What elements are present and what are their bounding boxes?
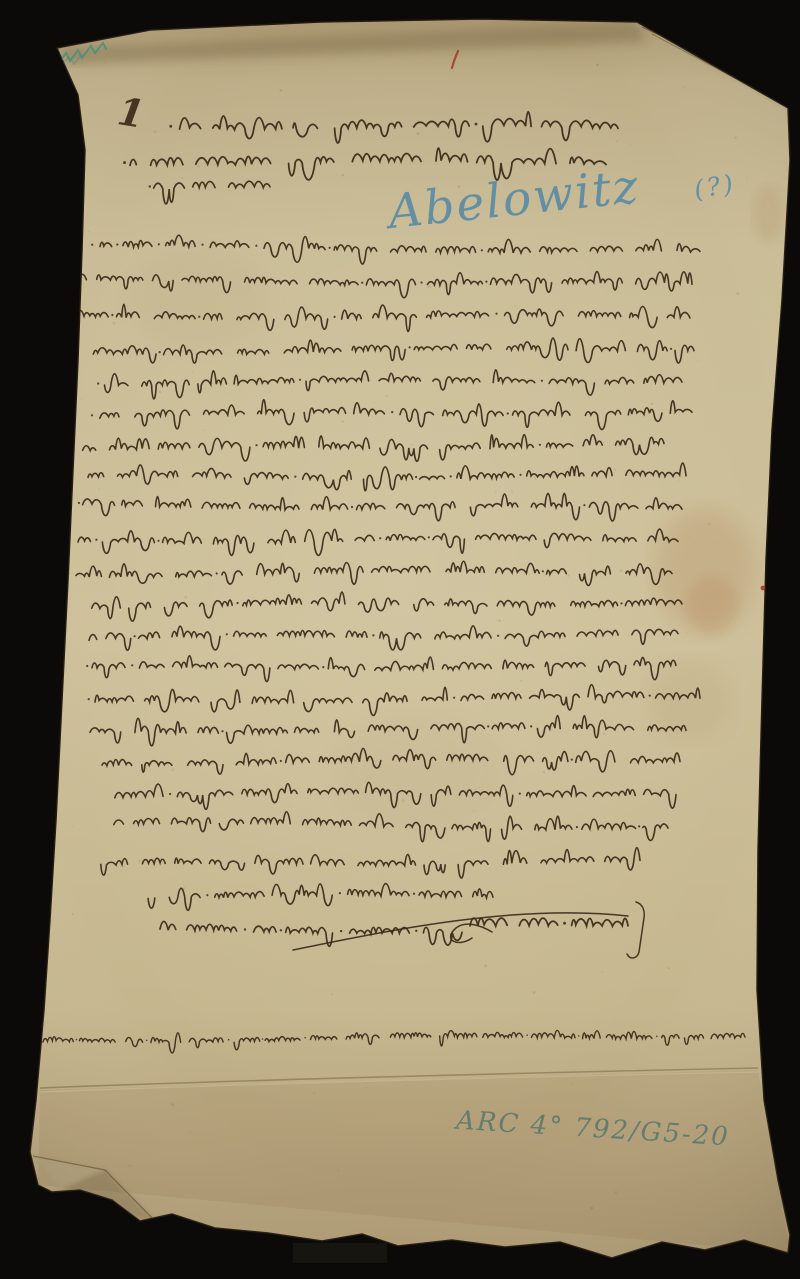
- ink-dot: [280, 929, 282, 931]
- ink-dot: [519, 793, 521, 795]
- ink-dot: [95, 539, 97, 541]
- paper-speck: [113, 322, 115, 324]
- ink-dot: [262, 1038, 264, 1040]
- ink-dot: [134, 635, 136, 637]
- ink-dot: [578, 1035, 580, 1037]
- paper-speck: [668, 967, 670, 969]
- paper-speck: [484, 965, 486, 967]
- paper-speck: [72, 826, 73, 827]
- paper-speck: [331, 993, 333, 995]
- ink-dot: [299, 379, 301, 381]
- paper-speck: [596, 64, 599, 67]
- ink-dot: [159, 351, 161, 353]
- ink-dot: [481, 249, 483, 251]
- paper-speck: [514, 305, 516, 307]
- ink-dot: [78, 502, 80, 504]
- ink-dot: [415, 476, 417, 478]
- ink-dot: [91, 244, 93, 246]
- paper-speck: [423, 161, 424, 162]
- ink-dot: [428, 536, 430, 538]
- paper-speck: [313, 1092, 315, 1094]
- paper-speck: [736, 292, 739, 295]
- ink-dot: [450, 475, 452, 477]
- ink-dot: [88, 698, 90, 700]
- ink-dot: [507, 412, 509, 414]
- ink-dot: [228, 1039, 230, 1041]
- paper-speck: [629, 144, 631, 146]
- paper-speck: [72, 913, 74, 915]
- ink-dot: [86, 665, 88, 667]
- paper-speck: [203, 429, 205, 431]
- paper-speck: [428, 285, 431, 288]
- ink-dot: [487, 725, 489, 727]
- ink-dot: [198, 316, 200, 318]
- ink-dot: [649, 695, 651, 697]
- ink-dot: [255, 444, 257, 446]
- ink-dot: [304, 1037, 306, 1039]
- paper-speck: [533, 991, 536, 994]
- ink-dot: [656, 1036, 658, 1038]
- paper-speck: [342, 420, 344, 422]
- paper-speck: [417, 132, 420, 135]
- ink-dot: [620, 602, 622, 604]
- ink-dot: [415, 930, 417, 932]
- paper-speck: [411, 444, 413, 446]
- ink-dot: [409, 346, 411, 348]
- paper-speck: [534, 477, 536, 479]
- paper-speck: [409, 939, 410, 940]
- paper-speck: [620, 569, 623, 572]
- ink-dot: [329, 247, 331, 249]
- paper-speck: [601, 971, 603, 973]
- ink-dot: [146, 1040, 148, 1042]
- paper-speck: [138, 860, 140, 862]
- ink-dot: [542, 570, 544, 572]
- ink-dot: [453, 697, 455, 699]
- ink-dot: [294, 476, 296, 478]
- ink-dot: [539, 444, 541, 446]
- paper-speck: [374, 402, 375, 403]
- ink-dot: [236, 602, 238, 604]
- paper-speck: [495, 492, 496, 493]
- paper-speck: [521, 583, 522, 584]
- ink-dot: [670, 348, 672, 350]
- paper-speck: [154, 130, 157, 133]
- paper-speck: [98, 488, 99, 489]
- paper-speck: [571, 1083, 572, 1084]
- ink-dot: [202, 244, 204, 246]
- paper-speck: [591, 1207, 594, 1210]
- ink-dot: [339, 892, 341, 894]
- paper-speck: [616, 140, 618, 142]
- ink-dot: [111, 314, 113, 316]
- ink-dot: [91, 414, 93, 416]
- paper-speck: [229, 392, 230, 393]
- paper-speck: [498, 620, 500, 622]
- ink-dot: [526, 1034, 528, 1036]
- ink-dot: [158, 243, 160, 245]
- paper-speck: [473, 810, 474, 811]
- ink-dot: [413, 893, 415, 895]
- paper-speck: [511, 490, 513, 492]
- ink-dot: [485, 281, 487, 283]
- paper-speck: [280, 89, 283, 92]
- paper-speck: [628, 203, 631, 206]
- paper-speck: [201, 1142, 202, 1143]
- paper-speck: [184, 596, 187, 599]
- ink-dot: [475, 123, 478, 126]
- paper-speck: [388, 55, 389, 56]
- paper-speck: [708, 523, 710, 525]
- paper-speck: [189, 1132, 191, 1134]
- paper-speck: [182, 177, 183, 178]
- ink-dot: [131, 664, 133, 666]
- paper-speck: [365, 1087, 367, 1089]
- ink-dot: [97, 382, 99, 384]
- foxing-stain-core: [686, 575, 738, 635]
- paper-speck: [543, 771, 545, 773]
- manuscript-scan: [0, 0, 800, 1279]
- ink-dot: [221, 730, 223, 732]
- ink-dot: [351, 506, 353, 508]
- manuscript-photo: 1 Abelowitz (?) ARC 4° 792/G5-20: [0, 0, 800, 1279]
- ink-dot: [255, 245, 257, 247]
- ink-dot: [169, 125, 172, 128]
- ink-dot: [244, 928, 246, 930]
- paper-speck: [129, 1164, 131, 1166]
- paper-speck: [104, 62, 106, 64]
- ink-dot: [123, 161, 126, 164]
- mottling: [130, 248, 270, 352]
- paper-speck: [159, 391, 162, 394]
- paper-speck: [520, 680, 522, 682]
- paper-speck: [402, 799, 405, 802]
- ink-dot: [116, 243, 118, 245]
- paper-speck: [603, 733, 605, 735]
- paper-speck: [651, 403, 653, 405]
- edge-stain: [753, 187, 783, 243]
- ink-dot: [420, 281, 422, 283]
- ink-dot: [149, 185, 151, 187]
- ink-dot: [372, 634, 374, 636]
- paper-speck: [386, 395, 388, 397]
- ink-dot: [206, 894, 208, 896]
- ink-dot: [519, 474, 521, 476]
- ink-dot: [541, 380, 543, 382]
- paper-speck: [341, 174, 344, 177]
- paper-speck: [687, 631, 689, 633]
- paper-speck: [192, 372, 193, 373]
- ink-dot: [226, 633, 228, 635]
- paper-speck: [111, 1053, 112, 1054]
- paper-speck: [171, 768, 174, 771]
- ink-dot: [361, 282, 363, 284]
- scanner-artifact: [293, 1243, 387, 1263]
- ink-dot: [530, 725, 532, 727]
- ink-dot: [216, 572, 218, 574]
- ink-dot: [76, 1039, 78, 1041]
- paper-speck: [197, 165, 200, 168]
- paper-speck: [458, 185, 460, 187]
- paper-speck: [171, 1103, 174, 1106]
- paper-speck: [678, 479, 680, 481]
- paper-speck: [405, 1085, 406, 1086]
- ink-dot: [280, 760, 282, 762]
- mottling-2: [335, 710, 505, 830]
- paper-speck: [409, 41, 410, 42]
- ink-dot: [379, 537, 381, 539]
- ink-dot: [169, 793, 171, 795]
- ink-dot: [563, 922, 566, 925]
- paper-speck: [457, 471, 458, 472]
- ink-dot: [576, 826, 578, 828]
- ink-dot: [638, 825, 640, 827]
- ink-dot: [571, 759, 573, 761]
- paper-speck: [615, 1191, 618, 1194]
- ink-dot: [340, 930, 342, 932]
- ink-dot: [495, 313, 497, 315]
- paper-speck: [88, 231, 89, 232]
- ink-dot: [157, 540, 159, 542]
- ink-dot: [391, 411, 393, 413]
- ink-dot: [583, 504, 585, 506]
- paper-speck: [618, 371, 619, 372]
- paper-speck: [420, 393, 421, 394]
- paper-speck: [517, 527, 518, 528]
- red-fleck: [761, 586, 766, 591]
- paper-speck: [756, 821, 757, 822]
- paper-speck: [534, 71, 535, 72]
- paper-speck: [735, 137, 737, 139]
- paper-speck: [614, 469, 616, 471]
- paper-speck: [337, 1169, 339, 1171]
- paper-speck: [746, 179, 748, 181]
- ink-dot: [497, 635, 499, 637]
- paper-speck: [683, 86, 685, 88]
- paper-speck: [81, 398, 83, 400]
- paper-speck: [378, 529, 379, 530]
- paper-speck: [567, 575, 569, 577]
- ink-dot: [334, 316, 336, 318]
- ink-dot: [322, 666, 324, 668]
- paper-speck: [697, 360, 698, 361]
